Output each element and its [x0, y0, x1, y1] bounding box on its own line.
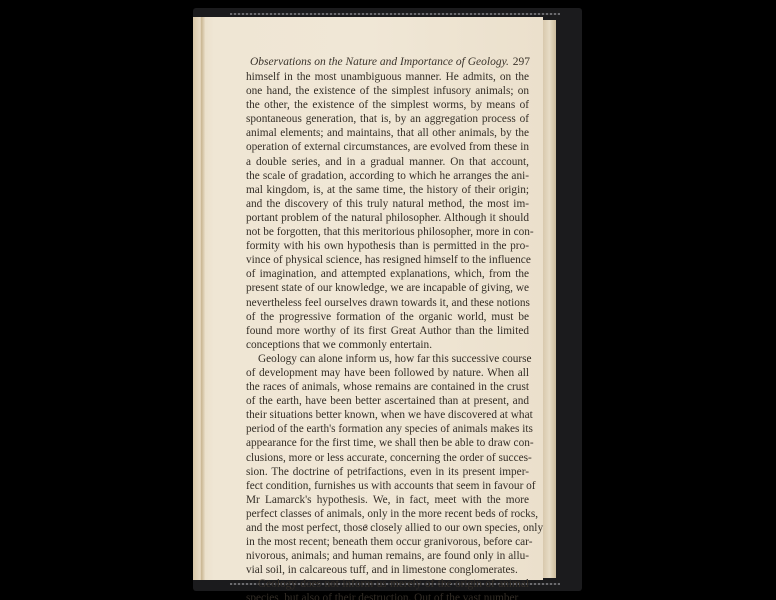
text-line: Mr Lamarck's hypothesis. We, in fact, me… [246, 493, 529, 507]
running-header: Observations on the Nature and Importanc… [250, 56, 530, 68]
running-title: Observations on the Nature and Importanc… [250, 56, 509, 68]
text-line: their situations better known, when we h… [246, 408, 529, 422]
text-line: sion. The doctrine of petrifactions, eve… [246, 465, 529, 479]
text-line: clusions, more or less accurate, concern… [246, 451, 529, 465]
signature-mark: 3 [364, 523, 368, 532]
text-line: nivorous, animals; and human remains, ar… [246, 549, 529, 563]
text-line: of development may have been followed by… [246, 366, 529, 380]
body-text: himself in the most unambiguous manner. … [246, 70, 529, 600]
text-line: mal kingdom, is, at the same time, the h… [246, 183, 529, 197]
text-line: appearance for the first time, we shall … [246, 436, 529, 450]
text-line: nevertheless feel ourselves drawn toward… [246, 296, 529, 310]
text-line: the scale of gradation, according to whi… [246, 169, 529, 183]
text-line: the other, the existence of the simplest… [246, 98, 529, 112]
page-gutter [193, 17, 205, 580]
cover-stitching-top [230, 13, 560, 15]
text-line: himself in the most unambiguous manner. … [246, 70, 529, 84]
text-line: formity with his own hypothesis than is … [246, 239, 529, 253]
text-line: period of the earth's formation any spec… [246, 422, 529, 436]
text-line: operation of external circumstances, are… [246, 140, 529, 154]
text-line: Geology can alone inform us, how far thi… [246, 352, 529, 366]
page-edge [543, 20, 556, 578]
text-line: one hand, the existence of the simplest … [246, 84, 529, 98]
text-line: and the most perfect, those closely alli… [246, 521, 529, 535]
text-line: and the discovery of this truly natural … [246, 197, 529, 211]
text-line: in the most recent; beneath them occur g… [246, 535, 529, 549]
text-line: spontaneous generation, that is, by an a… [246, 112, 529, 126]
text-line: present state of our knowledge, we are i… [246, 281, 529, 295]
text-line: species, but also of their destruction. … [246, 591, 529, 600]
text-line: vince of physical science, has resigned … [246, 253, 529, 267]
text-line: found more worthy of its first Great Aut… [246, 324, 529, 338]
text-line: animal elements; and maintains, that all… [246, 126, 529, 140]
text-line: fect condition, furnishes us with accoun… [246, 479, 529, 493]
text-line: perfect classes of animals, only in the … [246, 507, 529, 521]
text-line: the races of animals, whose remains are … [246, 380, 529, 394]
page-number: 297 [513, 56, 530, 68]
text-line: a double series, and in a gradual manner… [246, 155, 529, 169]
text-line: of imagination, and attempted explanatio… [246, 267, 529, 281]
text-line: Geology does not inform us merely of the… [246, 577, 529, 591]
text-line: conceptions that we commonly entertain. [246, 338, 529, 352]
text-line: of the earth, have been better ascertain… [246, 394, 529, 408]
text-line: vial soil, in calcareous tuff, and in li… [246, 563, 529, 577]
text-line: not be forgotten, that this meritorious … [246, 225, 529, 239]
text-line: portant problem of the natural philosoph… [246, 211, 529, 225]
text-line: of the progressive formation of the orga… [246, 310, 529, 324]
